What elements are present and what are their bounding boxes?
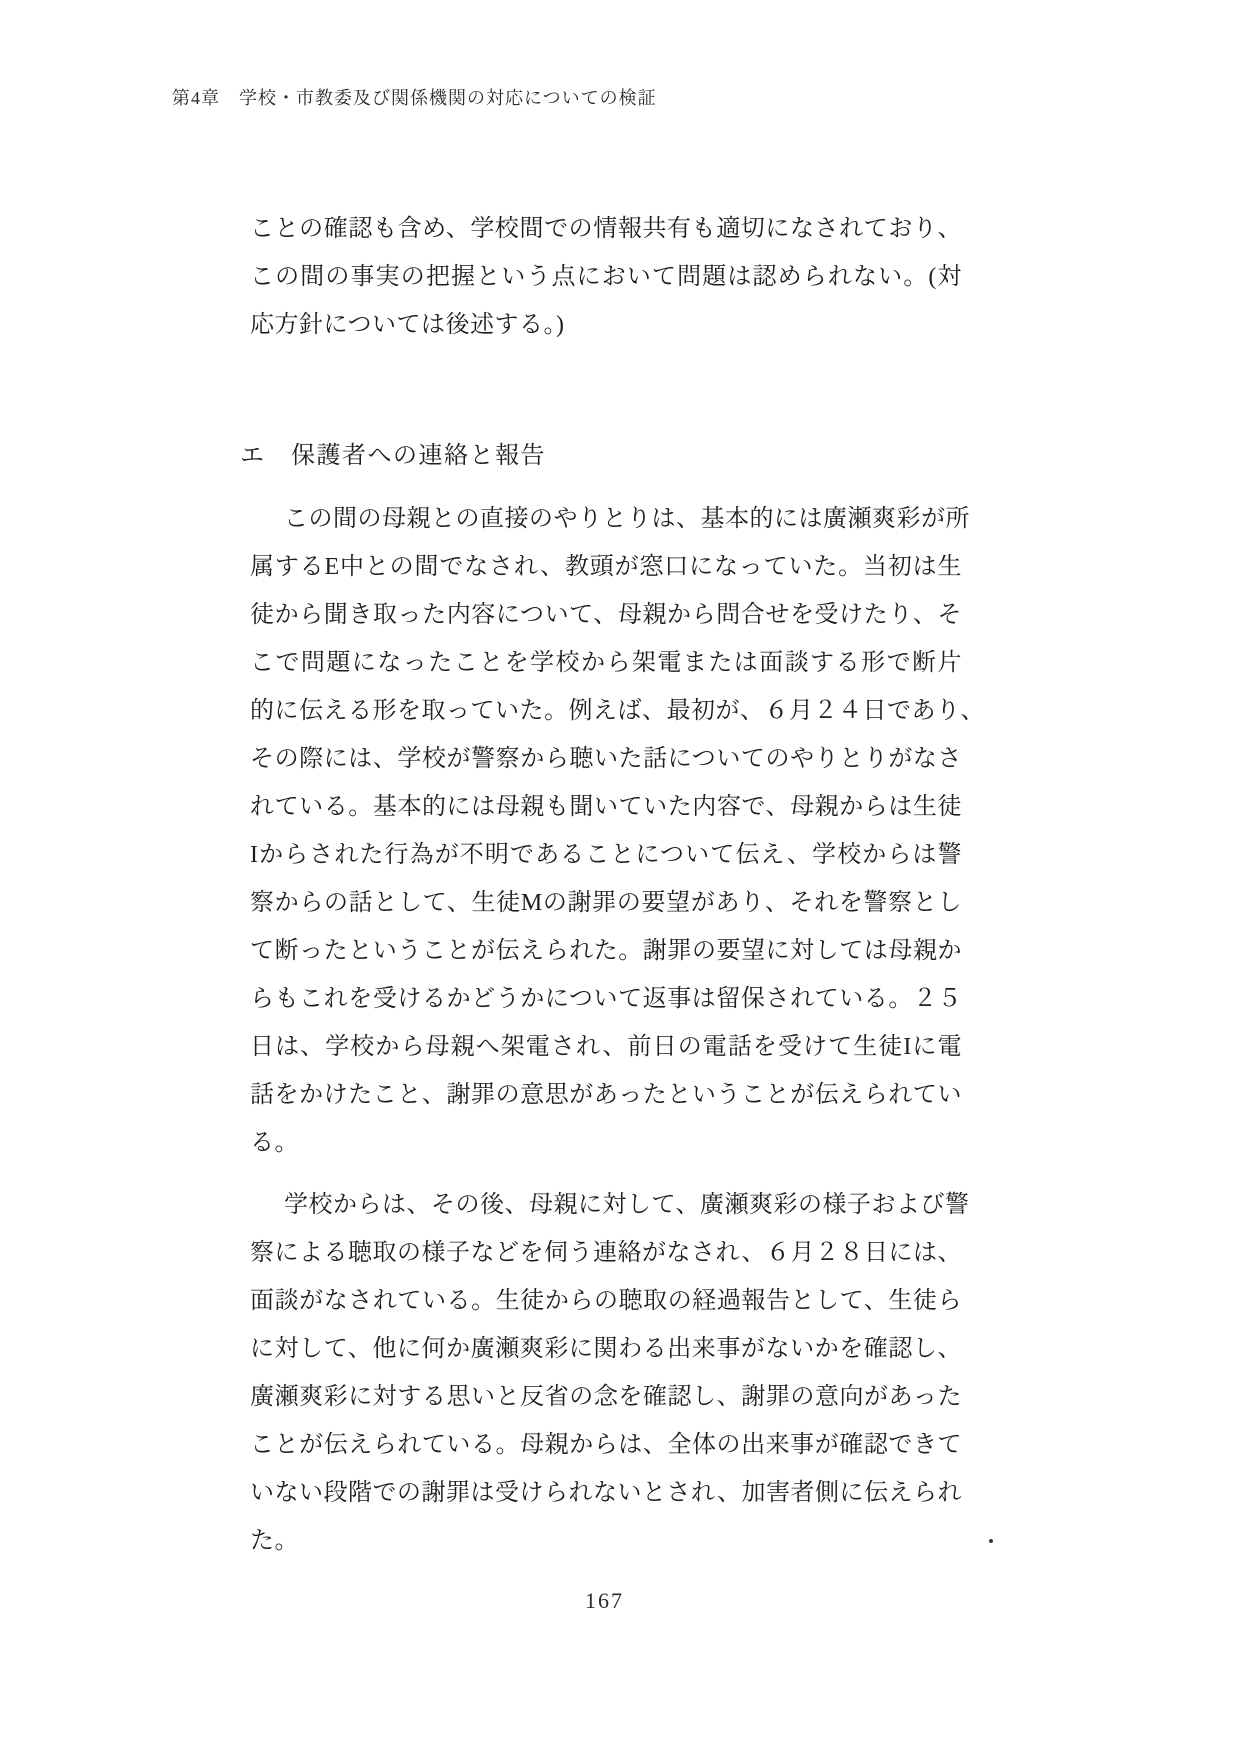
paragraph-body: 学校からは、その後、母親に対して、廣瀬爽彩の様子および警 察による聴取の様子など… <box>250 1181 962 1565</box>
text-line: らもこれを受けるかどうかについて返事は留保されている。２５ <box>250 975 962 1023</box>
text-line: この間の事実の把握という点において問題は認められない。(対 <box>250 253 962 301</box>
text-line: ことの確認も含め、学校間での情報共有も適切になされており、 <box>250 205 962 253</box>
text-line: 学校からは、その後、母親に対して、廣瀬爽彩の様子および警 <box>250 1181 962 1229</box>
text-line: いない段階での謝罪は受けられないとされ、加害者側に伝えられ <box>250 1469 962 1517</box>
text-line: 廣瀬爽彩に対する思いと反省の念を確認し、謝罪の意向があった <box>250 1373 962 1421</box>
continuation-paragraph: ことの確認も含め、学校間での情報共有も適切になされており、 この間の事実の把握と… <box>250 205 962 349</box>
text-line: 的に伝える形を取っていた。例えば、最初が、６月２４日であり、 <box>250 687 962 735</box>
text-line: れている。基本的には母親も聞いていた内容で、母親からは生徒 <box>250 783 962 831</box>
chapter-header: 第4章 学校・市教委及び関係機関の対応についての検証 <box>172 84 657 110</box>
text-line: この間の母親との直接のやりとりは、基本的には廣瀬爽彩が所 <box>250 495 962 543</box>
text-line: その際には、学校が警察から聴いた話についてのやりとりがなさ <box>250 735 962 783</box>
section-heading: エ 保護者への連絡と報告 <box>240 432 546 480</box>
text-line: 話をかけたこと、謝罪の意思があったということが伝えられてい <box>250 1071 962 1119</box>
text-line: て断ったということが伝えられた。謝罪の要望に対しては母親か <box>250 927 962 975</box>
text-line: 察からの話として、生徒Mの謝罪の要望があり、それを警察とし <box>250 879 962 927</box>
text-line: 属するE中との間でなされ、教頭が窓口になっていた。当初は生 <box>250 543 962 591</box>
paragraph-body: この間の母親との直接のやりとりは、基本的には廣瀬爽彩が所 属するE中との間でなさ… <box>250 495 962 1167</box>
page-number: 167 <box>585 1588 624 1614</box>
text-line: 応方針については後述する。) <box>250 301 962 349</box>
text-line: た。 <box>250 1517 962 1565</box>
text-line: る。 <box>250 1119 962 1167</box>
text-line: に対して、他に何か廣瀬爽彩に関わる出来事がないかを確認し、 <box>250 1325 962 1373</box>
document-page: 第4章 学校・市教委及び関係機関の対応についての検証 ことの確認も含め、学校間で… <box>0 0 1239 1754</box>
text-line: Iからされた行為が不明であることについて伝え、学校からは警 <box>250 831 962 879</box>
text-line: 徒から聞き取った内容について、母親から問合せを受けたり、そ <box>250 591 962 639</box>
text-line: 察による聴取の様子などを伺う連絡がなされ、６月２８日には、 <box>250 1229 962 1277</box>
scan-speck <box>989 1539 993 1543</box>
text-line: こで問題になったことを学校から架電または面談する形で断片 <box>250 639 962 687</box>
text-line: ことが伝えられている。母親からは、全体の出来事が確認できて <box>250 1421 962 1469</box>
text-line: 日は、学校から母親へ架電され、前日の電話を受けて生徒Iに電 <box>250 1023 962 1071</box>
text-line: 面談がなされている。生徒からの聴取の経過報告として、生徒ら <box>250 1277 962 1325</box>
